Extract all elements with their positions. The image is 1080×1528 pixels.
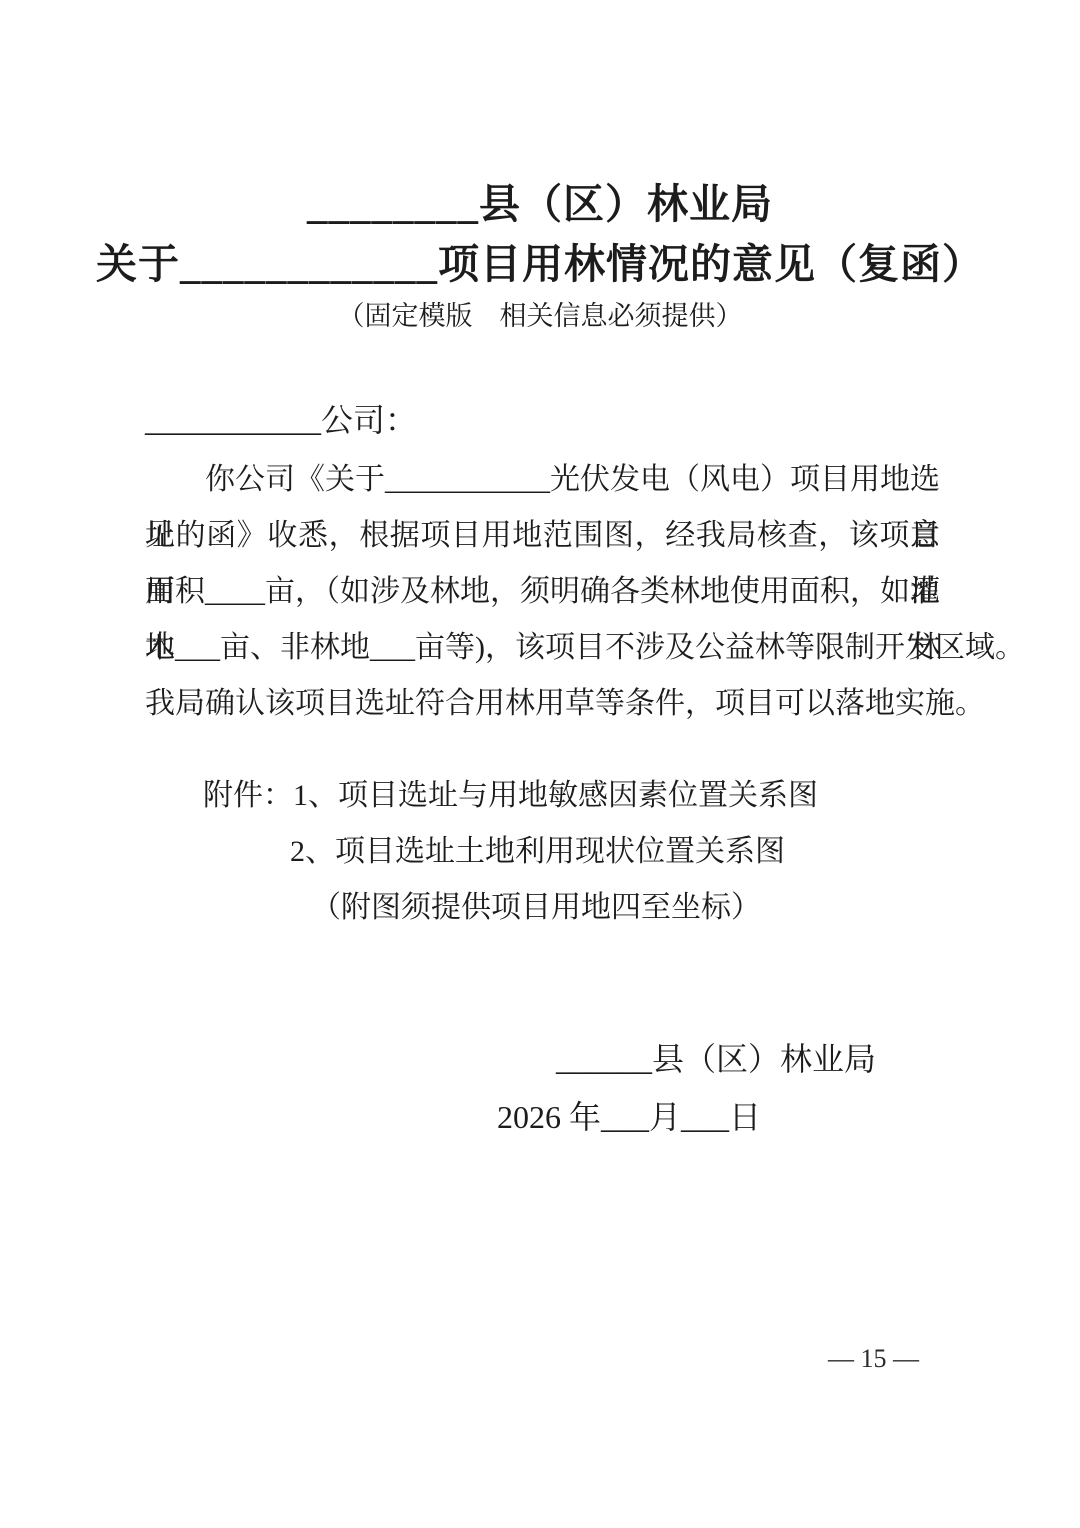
attachments-block: 附件：1、项目选址与用地敏感因素位置关系图 2、项目选址土地利用现状位置关系图 …: [145, 768, 940, 936]
attachment-item-2: 2、项目选址土地利用现状位置关系图: [290, 824, 940, 880]
document-page: ________县（区）林业局 关于____________项目用林情况的意见（…: [0, 0, 1080, 1528]
signature-organization: ______县（区）林业局: [556, 1036, 876, 1082]
body-paragraph: 你公司《关于___________光伏发电（风电）项目用地选址意 见的函》收悉，…: [145, 452, 940, 732]
paragraph-line: 地___亩、非林地___亩等)，该项目不涉及公益林等限制开发区域。: [145, 620, 940, 676]
salutation-line: ___________公司：: [145, 398, 417, 442]
page-number: — 15 —: [828, 1342, 919, 1376]
document-subtitle-note: （固定模版 相关信息必须提供）: [0, 296, 1080, 336]
paragraph-line: 你公司《关于___________光伏发电（风电）项目用地选址意: [145, 452, 940, 508]
attachment-note: （附图须提供项目用地四至坐标）: [311, 880, 940, 936]
document-title-line1: ________县（区）林业局: [0, 176, 1080, 232]
paragraph-line: 面积____亩，（如涉及林地，须明确各类林地使用面积，如灌木林: [145, 564, 940, 620]
paragraph-line: 见的函》收悉，根据项目用地范围图，经我局核查，该项目用地: [145, 508, 940, 564]
signature-date: 2026 年___月___日: [497, 1094, 761, 1140]
paragraph-line: 我局确认该项目选址符合用林用草等条件，项目可以落地实施。: [145, 676, 940, 732]
attachment-item-1: 附件：1、项目选址与用地敏感因素位置关系图: [203, 768, 940, 824]
document-title-line2: 关于____________项目用林情况的意见（复函）: [0, 234, 1080, 294]
